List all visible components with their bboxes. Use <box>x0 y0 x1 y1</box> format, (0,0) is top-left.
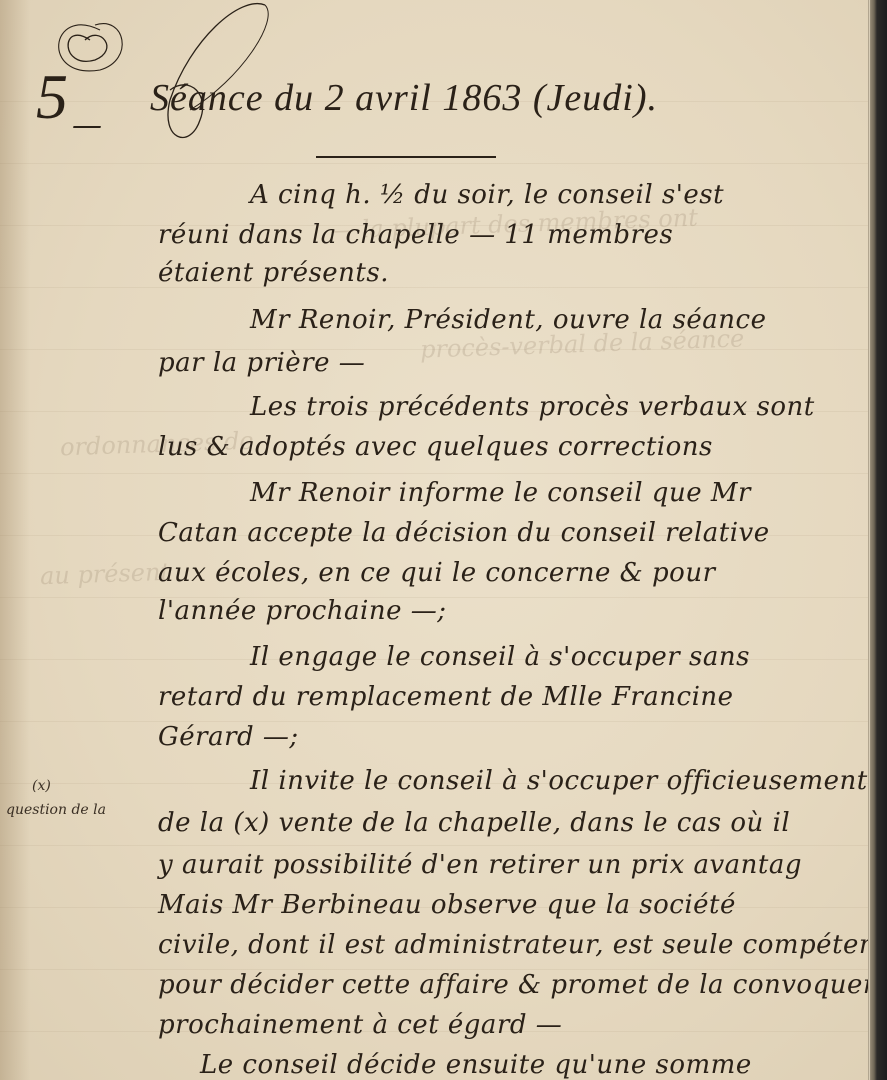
text-line: par la prière — <box>158 348 365 378</box>
text-line: Mais Mr Berbineau observe que la société <box>158 890 736 920</box>
text-line: Il invite le conseil à s'occuper officie… <box>250 766 868 796</box>
text-line: pour décider cette affaire & promet de l… <box>158 970 876 1000</box>
text-line: étaient présents. <box>158 258 389 288</box>
title-underline <box>316 156 496 158</box>
book-spine <box>868 0 887 1080</box>
text-line: A cinq h. ½ du soir, le conseil s'est <box>250 180 724 210</box>
text-line: aux écoles, en ce qui le concerne & pour <box>158 558 716 588</box>
page-title: Séance du 2 avril 1863 (Jeudi). <box>150 76 658 120</box>
text-line: prochainement à cet égard — <box>158 1010 562 1040</box>
text-line: Catan accepte la décision du conseil rel… <box>158 518 770 548</box>
text-line: Mr Renoir informe le conseil que Mr <box>250 478 751 508</box>
text-line: civile, dont il est administrateur, est … <box>158 930 887 960</box>
entry-number: 5 <box>36 60 68 134</box>
margin-note-text: question de la <box>6 802 106 818</box>
text-line: Le conseil décide ensuite qu'une somme <box>200 1050 752 1080</box>
text-line: Mr Renoir, Président, ouvre la séance <box>250 305 767 335</box>
text-line: Les trois précédents procès verbaux sont <box>250 392 815 422</box>
text-line: Gérard —; <box>158 722 299 752</box>
text-line: l'année prochaine —; <box>158 596 447 626</box>
text-line: y aurait possibilité d'en retirer un pri… <box>158 850 802 880</box>
bleed-through-text: au présent <box>40 558 171 591</box>
page-edge-shadow <box>0 0 30 1080</box>
text-line: lus & adoptés avec quelques corrections <box>158 432 713 462</box>
entry-dash: — <box>72 108 103 143</box>
text-line: de la (x) vente de la chapelle, dans le … <box>158 808 790 838</box>
text-line: réuni dans la chapelle — 11 membres <box>158 220 673 250</box>
text-line: retard du remplacement de Mlle Francine <box>158 682 734 712</box>
manuscript-page: — la plupart des membres ont procès-verb… <box>0 0 868 1080</box>
text-line: Il engage le conseil à s'occuper sans <box>250 642 750 672</box>
margin-note-marker: (x) <box>32 778 51 794</box>
